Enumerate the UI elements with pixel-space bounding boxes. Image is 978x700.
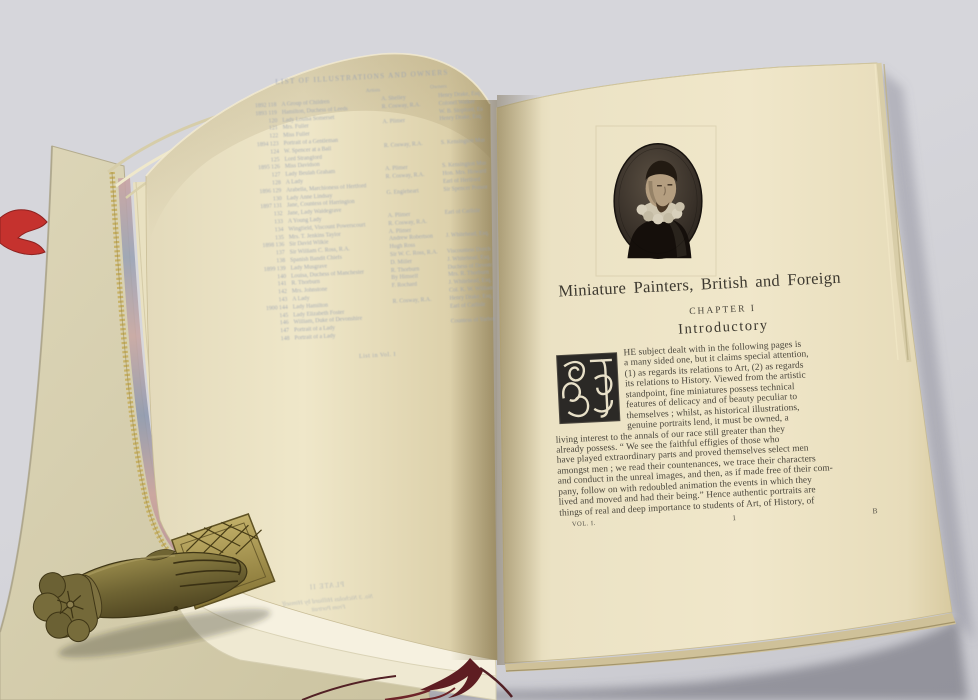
list-of-illustrations-page: LIST OF ILLUSTRATIONS AND OWNERS Artists…: [243, 67, 497, 366]
plate-number: 148: [257, 335, 294, 345]
chapter-page: Miniature Painters, British and Foreign …: [548, 265, 906, 531]
woodcut-drop-cap-T: [556, 352, 621, 425]
column-header-artists: Artists: [366, 87, 381, 94]
illustrations-table: 1892 118 A Group of Children A. Shelley …: [244, 91, 495, 346]
signature-mark: B: [872, 506, 877, 515]
paragraph-lines-full: living interest to the annals of our rac…: [555, 418, 905, 518]
volume-label: VOL. I.: [572, 520, 596, 530]
column-header-owners: Owners: [430, 84, 447, 91]
body-paragraph: HE subject dealt with in the following p…: [551, 335, 905, 531]
portrait-engraving: [610, 139, 706, 263]
red-tie-left: [0, 210, 47, 255]
owner-cell: [451, 324, 495, 334]
